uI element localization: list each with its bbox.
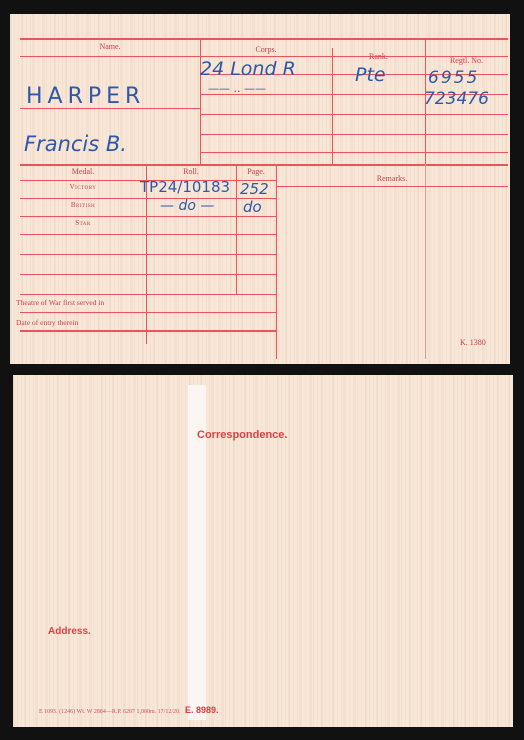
page-value: do [243,198,262,216]
roll-value: TP24/10183 [140,178,230,196]
roll-header: Roll. [146,167,236,176]
medal-name: Victory [20,183,146,191]
regtl-no-entry-1: 6955 [428,68,479,88]
rule [276,186,508,187]
forenames-entry: Francis B. [24,132,127,156]
correspondence-label: Correspondence. [197,429,287,441]
rule [20,254,276,255]
print-footer: E 1095. (1246) Wt. W 2884—R.P. 6207 1,00… [39,705,219,715]
corps-entry: 24 Lond R [200,58,296,80]
rule [20,198,276,199]
rule [20,38,508,40]
rank-entry: Pte [355,64,386,86]
rule [200,152,508,153]
divider [276,164,277,359]
rule [20,274,276,275]
corps-header: Corps. [200,45,332,54]
surname-entry: HARPER [26,84,145,109]
form-number: K. 1380 [460,338,486,347]
rule [20,234,276,235]
rule [20,330,276,332]
name-header: Name. [20,42,200,51]
regtl-no-header: Regtl. No. [425,56,508,65]
footer-code: E. 8989. [185,705,219,715]
rule [200,134,508,135]
rule [20,312,276,313]
rule [20,294,276,295]
roll-value: — do — [160,198,214,214]
rank-header: Rank. [332,52,425,61]
rule [200,114,508,115]
theatre-label: Theatre of War first served in [16,298,104,307]
medal-card-front: Name. Corps. Rank. Regtl. No. HARPER Fra… [10,14,510,364]
medal-name: British [20,201,146,209]
medal-header: Medal. [20,167,146,176]
regtl-no-entry-2: 723476 [424,89,489,109]
corps-ditto-entry: —— .. —— [208,82,266,95]
medal-name: Star [20,219,146,227]
address-label: Address. [48,626,91,637]
rule [20,164,508,166]
divider [332,48,333,164]
page-value: 252 [240,180,269,198]
rule [20,216,276,217]
medal-card-back: Correspondence. Address. E 1095. (1246) … [13,375,513,727]
remarks-header: Remarks. [276,174,508,183]
date-entry-label: Date of entry therein [16,318,78,327]
page-header: Page. [236,167,276,176]
divider [200,38,201,164]
divider [425,164,426,359]
footer-print-info: E 1095. (1246) Wt. W 2884—R.P. 6207 1,00… [39,709,181,715]
